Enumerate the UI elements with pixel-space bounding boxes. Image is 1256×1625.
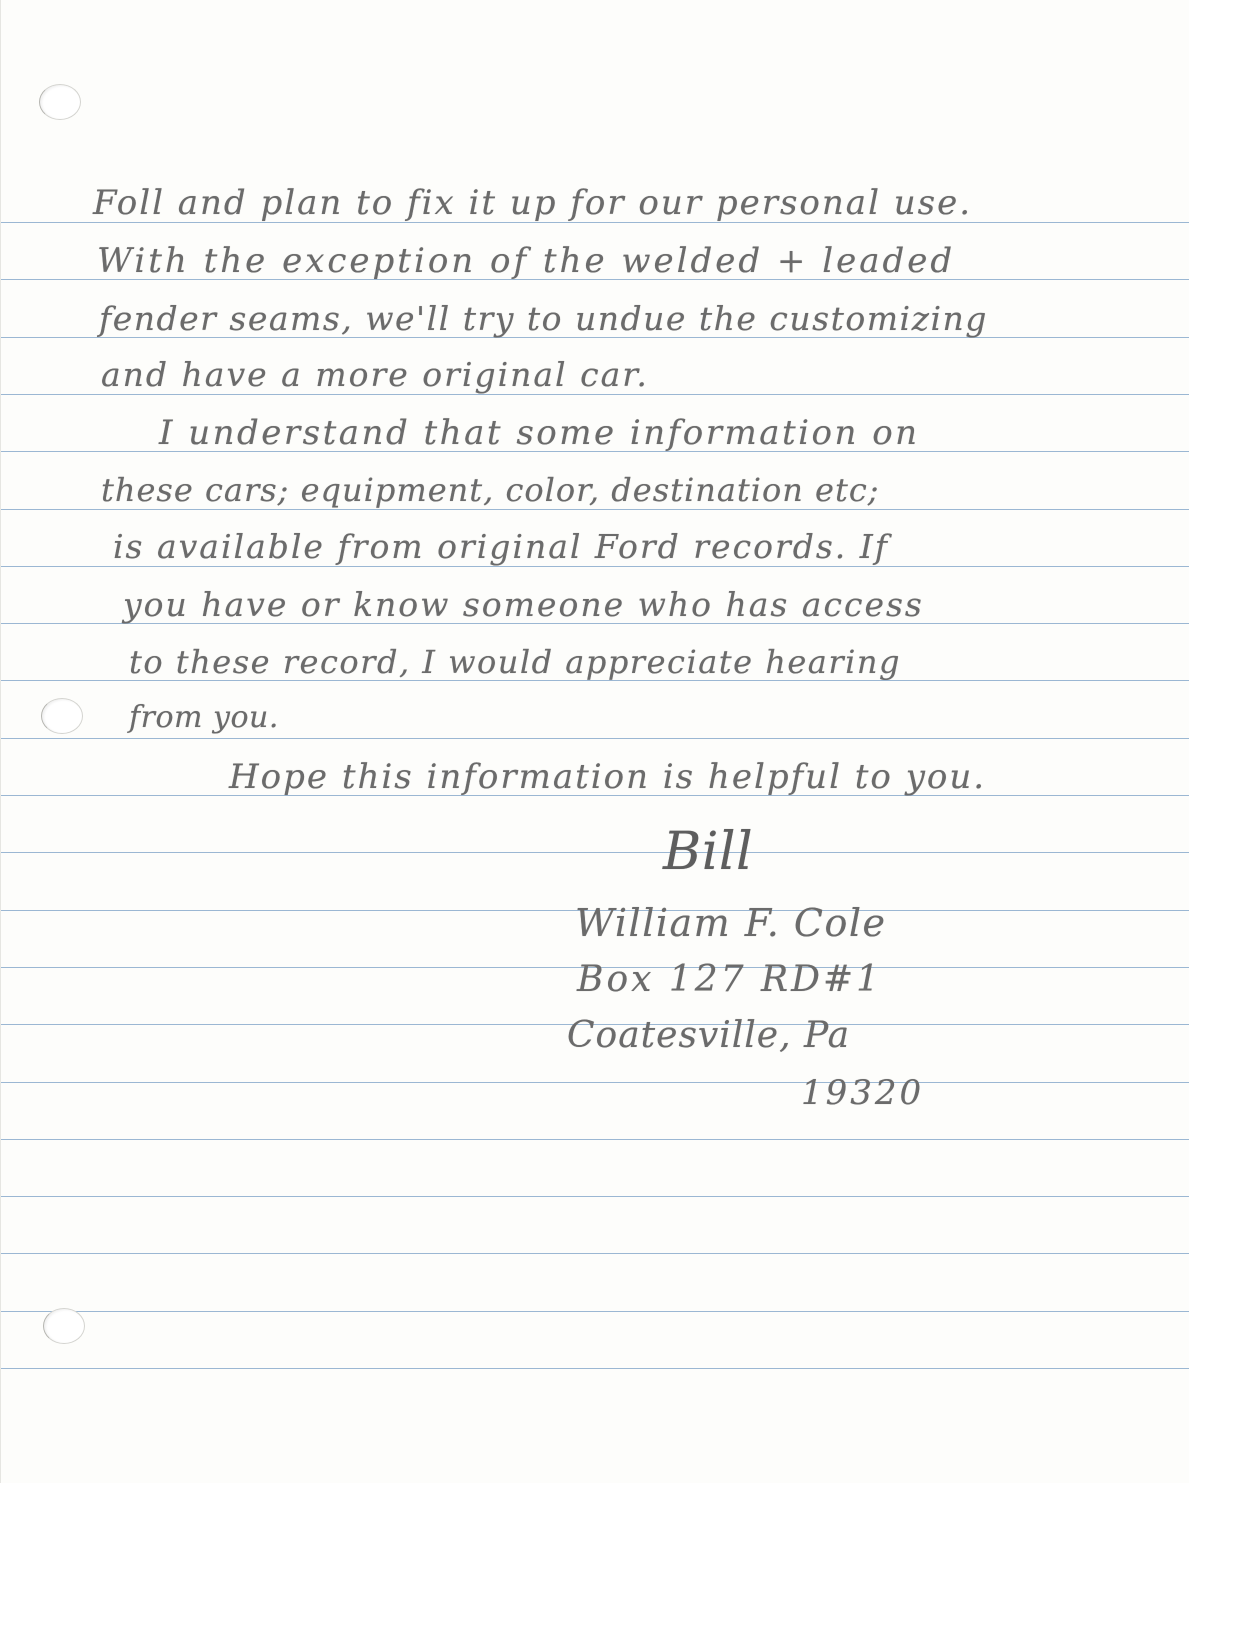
punch-hole-bottom (43, 1308, 85, 1344)
body-line-4: and have a more original car. (101, 358, 649, 391)
signature: Bill (663, 826, 753, 878)
punch-hole-middle (41, 698, 83, 734)
ruled-line (1, 738, 1189, 739)
address-street: Box 127 RD#1 (577, 962, 882, 998)
ruled-line (1, 852, 1189, 853)
ruled-line (1, 1253, 1189, 1254)
body-line-10: from you. (129, 703, 279, 733)
address-zip: 19320 (801, 1076, 924, 1110)
ruled-line (1, 394, 1189, 395)
body-line-1: Foll and plan to fix it up for our perso… (93, 186, 972, 220)
body-line-5: I understand that some information on (159, 416, 920, 450)
body-line-9: to these record, I would appreciate hear… (129, 646, 901, 678)
address-city-state: Coatesville, Pa (567, 1018, 850, 1054)
notebook-page: Foll and plan to fix it up for our perso… (0, 0, 1189, 1483)
ruled-line (1, 1196, 1189, 1197)
ruled-line (1, 1368, 1189, 1369)
body-line-3: fender seams, we'll try to undue the cus… (99, 302, 988, 335)
address-name: William F. Cole (575, 904, 886, 942)
ruled-line (1, 1139, 1189, 1140)
body-line-6: these cars; equipment, color, destinatio… (101, 474, 880, 506)
ruled-line (1, 1311, 1189, 1312)
ruled-line (1, 1082, 1189, 1083)
punch-hole-top (39, 84, 81, 120)
body-line-7: is available from original Ford records.… (113, 530, 889, 563)
closing-line: Hope this information is helpful to you. (229, 760, 986, 794)
body-line-8: you have or know someone who has access (123, 588, 924, 621)
body-line-2: With the exception of the welded + leade… (97, 244, 955, 278)
